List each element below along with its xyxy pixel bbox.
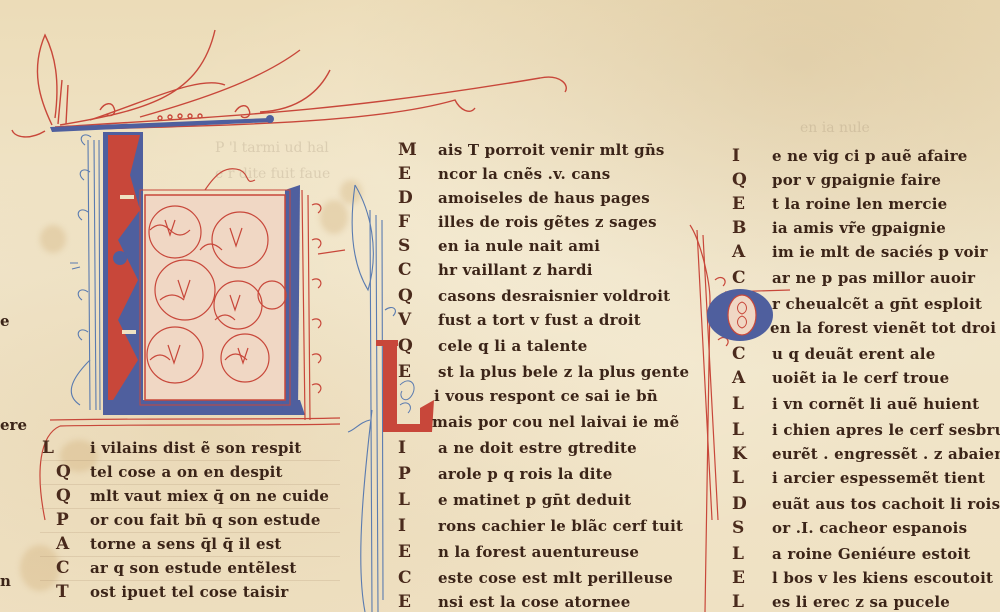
verse-initial: P (56, 510, 78, 530)
verse-text: ar ne p pas millor auoir (772, 269, 975, 287)
verse-initial: Q (56, 486, 78, 506)
verse-initial: L (42, 438, 64, 458)
verse-initial: V (398, 310, 420, 330)
verse-initial: A (732, 242, 754, 262)
verse-initial: Q (398, 336, 420, 356)
ruling-line (40, 580, 340, 581)
verse-text: im ie mlt de saciés p voir (772, 243, 988, 261)
verse-text: hr vaillant z hardi (438, 261, 593, 279)
verse-text: uoiẽt ia le cerf troue (772, 369, 949, 387)
verse-initial: D (398, 188, 420, 208)
verse-text: u q deuãt erent ale (772, 345, 935, 363)
ruling-line (40, 532, 340, 533)
verse-initial: P (398, 464, 420, 484)
verse-text: arole p q rois la dite (438, 465, 612, 483)
manuscript-page: P 'l tarmi ud hal e r dite fuit faue en … (0, 0, 1000, 612)
verse-initial: C (398, 568, 420, 588)
verse-text: t la roine len mercie (772, 195, 947, 213)
verse-text: en la forest vienẽt tot droi (770, 319, 996, 337)
pen-flourish (12, 30, 566, 137)
ruling-line (40, 556, 340, 557)
verse-initial: C (56, 558, 78, 578)
verse-text: n la forest auentureuse (438, 543, 639, 561)
verse-text: l bos v les kiens escoutoit (772, 569, 993, 587)
verse-text: en ia nule nait ami (438, 237, 600, 255)
verse-initial: M (398, 140, 420, 160)
verse-text: ia amis vr̃e gpaignie (772, 219, 946, 237)
verse-text: este cose est mlt perilleuse (438, 569, 673, 587)
verse-text: cele q li a talente (438, 337, 587, 355)
verse-text: amoiseles de haus pages (438, 189, 650, 207)
verse-text: i vilains dist ẽ son respit (90, 439, 302, 457)
verse-text: e ne vig ci p auẽ afaire (772, 147, 968, 165)
verse-initial: E (398, 362, 420, 382)
verse-text: i vn cornẽt li auẽ huient (772, 395, 979, 413)
verse-initial: C (732, 344, 754, 364)
verse-text: fust a tort v fust a droit (438, 311, 641, 329)
verse-initial: B (732, 218, 754, 238)
verse-initial: C (732, 268, 754, 288)
blue-pen-flourish (70, 135, 100, 410)
verse-initial: L (732, 544, 754, 564)
verse-initial: A (56, 534, 78, 554)
verse-text: ar q son estude entẽlest (90, 559, 297, 577)
verse-initial: F (398, 212, 420, 232)
ruling-line (40, 484, 340, 485)
verse-initial: T (56, 582, 78, 602)
verse-text: illes de rois gẽtes z sages (438, 213, 657, 231)
verse-initial: L (398, 490, 420, 510)
verse-text: rons cachier le blãc cerf tuit (438, 517, 683, 535)
verse-initial: L (732, 592, 754, 612)
verse-text: i vous respont ce sai ie bn̄ (434, 387, 658, 405)
verse-text: e matinet p gn̄t deduit (438, 491, 631, 509)
ruling-line (40, 460, 340, 461)
verse-initial: E (732, 568, 754, 588)
verse-text: ost ipuet tel cose taisir (90, 583, 289, 601)
verse-text: st la plus bele z la plus gente (438, 363, 689, 381)
verse-initial: L (732, 468, 754, 488)
verse-text: ncor la cnẽs .v. cans (438, 165, 610, 183)
large-initial-L (40, 132, 345, 520)
verse-initial: E (398, 164, 420, 184)
verse-initial: L (732, 420, 754, 440)
decorated-initial-O-column3 (707, 289, 773, 341)
verse-text: mais por cou nel laivai ie mẽ (432, 413, 679, 431)
verse-initial: E (732, 194, 754, 214)
verse-initial: C (398, 260, 420, 280)
verse-text: eurẽt . engressẽt . z abaient (772, 445, 1000, 463)
verse-text: mlt vaut miex q̄ on ne cuide (90, 487, 329, 505)
verse-initial: E (398, 592, 420, 612)
verse-text: es li erec z sa pucele (772, 593, 950, 611)
verse-initial: S (398, 236, 420, 256)
verse-initial: L (732, 394, 754, 414)
verse-text: or .I. cacheor espanois (772, 519, 967, 537)
verse-initial: Q (398, 286, 420, 306)
verse-initial: K (732, 444, 754, 464)
verse-text: tel cose a on en despit (90, 463, 283, 481)
verse-text: r cheualcẽt a gn̄t esploit (772, 295, 982, 313)
verse-text: casons desraisnier voldroit (438, 287, 670, 305)
verse-text: nsi est la cose atornee (438, 593, 631, 611)
verse-initial: D (732, 494, 754, 514)
verse-text: por v gpaignie faire (772, 171, 941, 189)
verse-initial: S (732, 518, 754, 538)
verse-initial: Q (732, 170, 754, 190)
verse-initial: E (398, 542, 420, 562)
verse-text: a ne doit estre gtredite (438, 439, 637, 457)
verse-text: euãt aus tos cachoit li rois (772, 495, 1000, 513)
verse-initial: I (398, 438, 420, 458)
verse-text: torne a sens q̄l q̄ il est (90, 535, 281, 553)
verse-text: i arcier espessemẽt tient (772, 469, 985, 487)
verse-text: a roine Geniéure estoit (772, 545, 970, 563)
verse-text: or cou fait bn̄ q son estude (90, 511, 321, 529)
ruling-line (40, 508, 340, 509)
verse-initial: I (732, 146, 754, 166)
verse-text: ais T porroit venir mlt gn̄s (438, 141, 665, 159)
verse-initial: A (732, 368, 754, 388)
verse-text: i chien apres le cerf sesbruiẽt (772, 421, 1000, 439)
verse-initial: I (398, 516, 420, 536)
verse-initial: Q (56, 462, 78, 482)
